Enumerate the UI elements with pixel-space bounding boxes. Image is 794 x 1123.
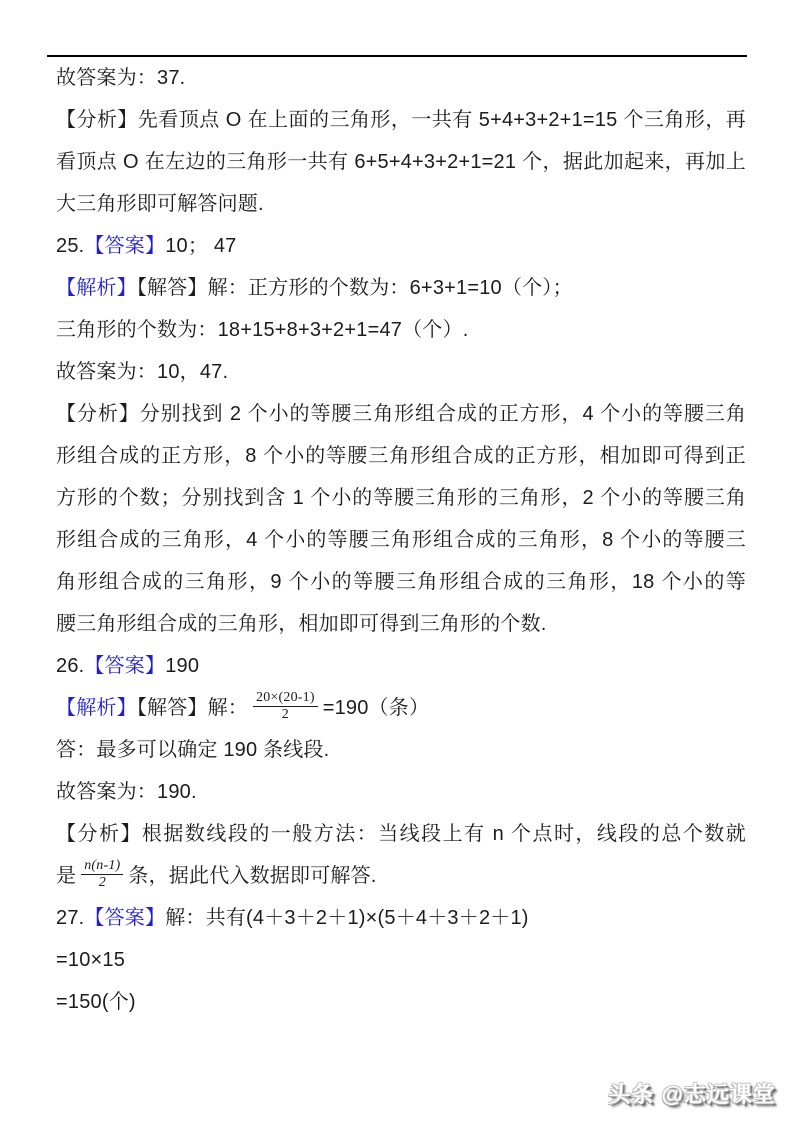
text-line: 【分析】根据数线段的一般方法：当线段上有 n 个点时，线段的总个数就 [56,813,746,855]
text-segment: 25. [56,235,84,257]
text-segment: 三角形的个数为：18+15+8+3+2+1=47（个）. [56,319,468,341]
text-line: 答：最多可以确定 190 条线段. [56,729,746,771]
text-line: 25.【答案】10； 47 [56,225,746,267]
text-line: 角形组合成的三角形，9 个小的等腰三角形组合成的三角形，18 个小的等 [56,561,746,603]
text-segment: =190（条） [323,697,429,719]
text-line: 27.【答案】解：共有(4＋3＋2＋1)×(5＋4＋3＋2＋1) [56,897,746,939]
text-line: 26.【答案】190 [56,645,746,687]
answer-tag: 【答案】 [84,907,165,929]
fraction: 20×(20-1)2 [253,690,318,723]
text-segment: =150(个) [56,991,136,1013]
watermark: 头条 @志远课堂 [608,1078,776,1109]
text-line: 看顶点 O 在左边的三角形一共有 6+5+4+3+2+1=21 个，据此加起来，… [56,141,746,183]
text-line: 【分析】先看顶点 O 在上面的三角形，一共有 5+4+3+2+1=15 个三角形… [56,99,746,141]
text-segment: 【解答】解： [137,697,248,719]
answer-tag: 【答案】 [84,235,165,257]
text-segment: 腰三角形组合成的三角形，相加即可得到三角形的个数. [56,613,547,635]
text-segment: 看顶点 O 在左边的三角形一共有 6+5+4+3+2+1=21 个，据此加起来，… [56,151,746,173]
text-line: 故答案为：10，47. [56,351,746,393]
text-line: 腰三角形组合成的三角形，相加即可得到三角形的个数. [56,603,746,645]
fraction: n(n-1)2 [81,858,123,891]
text-segment: 条，据此代入数据即可解答. [128,865,376,887]
fraction-numerator: 20×(20-1) [253,690,318,706]
fraction-numerator: n(n-1) [81,858,123,874]
document-page: 故答案为：37.【分析】先看顶点 O 在上面的三角形，一共有 5+4+3+2+1… [0,0,794,1123]
text-line: =10×15 [56,939,746,981]
text-segment: 形组合成的三角形，4 个小的等腰三角形组合成的三角形，8 个小的等腰三 [56,529,746,551]
text-segment: 方形的个数；分别找到含 1 个小的等腰三角形的三角形，2 个小的等腰三角 [56,487,746,509]
text-segment: 27. [56,907,84,929]
text-line: 大三角形即可解答问题. [56,183,746,225]
text-segment: 答：最多可以确定 190 条线段. [56,739,329,761]
text-segment: 190 [165,655,199,677]
text-line: 【分析】分别找到 2 个小的等腰三角形组合成的正方形，4 个小的等腰三角 [56,393,746,435]
text-segment: 26. [56,655,84,677]
text-line: 方形的个数；分别找到含 1 个小的等腰三角形的三角形，2 个小的等腰三角 [56,477,746,519]
fraction-denominator: 2 [253,706,318,723]
text-segment: 【解答】解：正方形的个数为：6+3+1=10（个）； [137,277,573,299]
text-line: 形组合成的三角形，4 个小的等腰三角形组合成的三角形，8 个小的等腰三 [56,519,746,561]
text-line: 形组合成的正方形，8 个小的等腰三角形组合成的正方形，相加即可得到正 [56,435,746,477]
answer-tag: 【解析】 [56,697,137,719]
text-segment: 【分析】分别找到 2 个小的等腰三角形组合成的正方形，4 个小的等腰三角 [56,403,746,425]
text-line: 三角形的个数为：18+15+8+3+2+1=47（个）. [56,309,746,351]
text-segment: 故答案为：190. [56,781,197,803]
fraction-denominator: 2 [81,874,123,891]
text-line: =150(个) [56,981,746,1023]
text-line: 【解析】【解答】解：20×(20-1)2=190（条） [56,687,746,729]
text-line: 是n(n-1)2条，据此代入数据即可解答. [56,855,746,897]
text-segment: 【分析】先看顶点 O 在上面的三角形，一共有 5+4+3+2+1=15 个三角形… [56,109,746,131]
text-segment: 是 [56,865,76,887]
text-line: 【解析】【解答】解：正方形的个数为：6+3+1=10（个）； [56,267,746,309]
text-segment: 角形组合成的三角形，9 个小的等腰三角形组合成的三角形，18 个小的等 [56,571,746,593]
text-segment: 故答案为：10，47. [56,361,228,383]
text-segment: 解：共有(4＋3＋2＋1)×(5＋4＋3＋2＋1) [165,907,528,929]
text-segment: 【分析】根据数线段的一般方法：当线段上有 n 个点时，线段的总个数就 [56,823,746,845]
text-segment: 形组合成的正方形，8 个小的等腰三角形组合成的正方形，相加即可得到正 [56,445,746,467]
text-line: 故答案为：37. [56,57,746,99]
answer-tag: 【解析】 [56,277,137,299]
text-line: 故答案为：190. [56,771,746,813]
answer-tag: 【答案】 [84,655,165,677]
text-segment: 大三角形即可解答问题. [56,193,264,215]
text-segment: =10×15 [56,949,125,971]
document-body: 故答案为：37.【分析】先看顶点 O 在上面的三角形，一共有 5+4+3+2+1… [56,57,746,1023]
text-segment: 故答案为：37. [56,67,185,89]
text-segment: 10； 47 [165,235,236,257]
